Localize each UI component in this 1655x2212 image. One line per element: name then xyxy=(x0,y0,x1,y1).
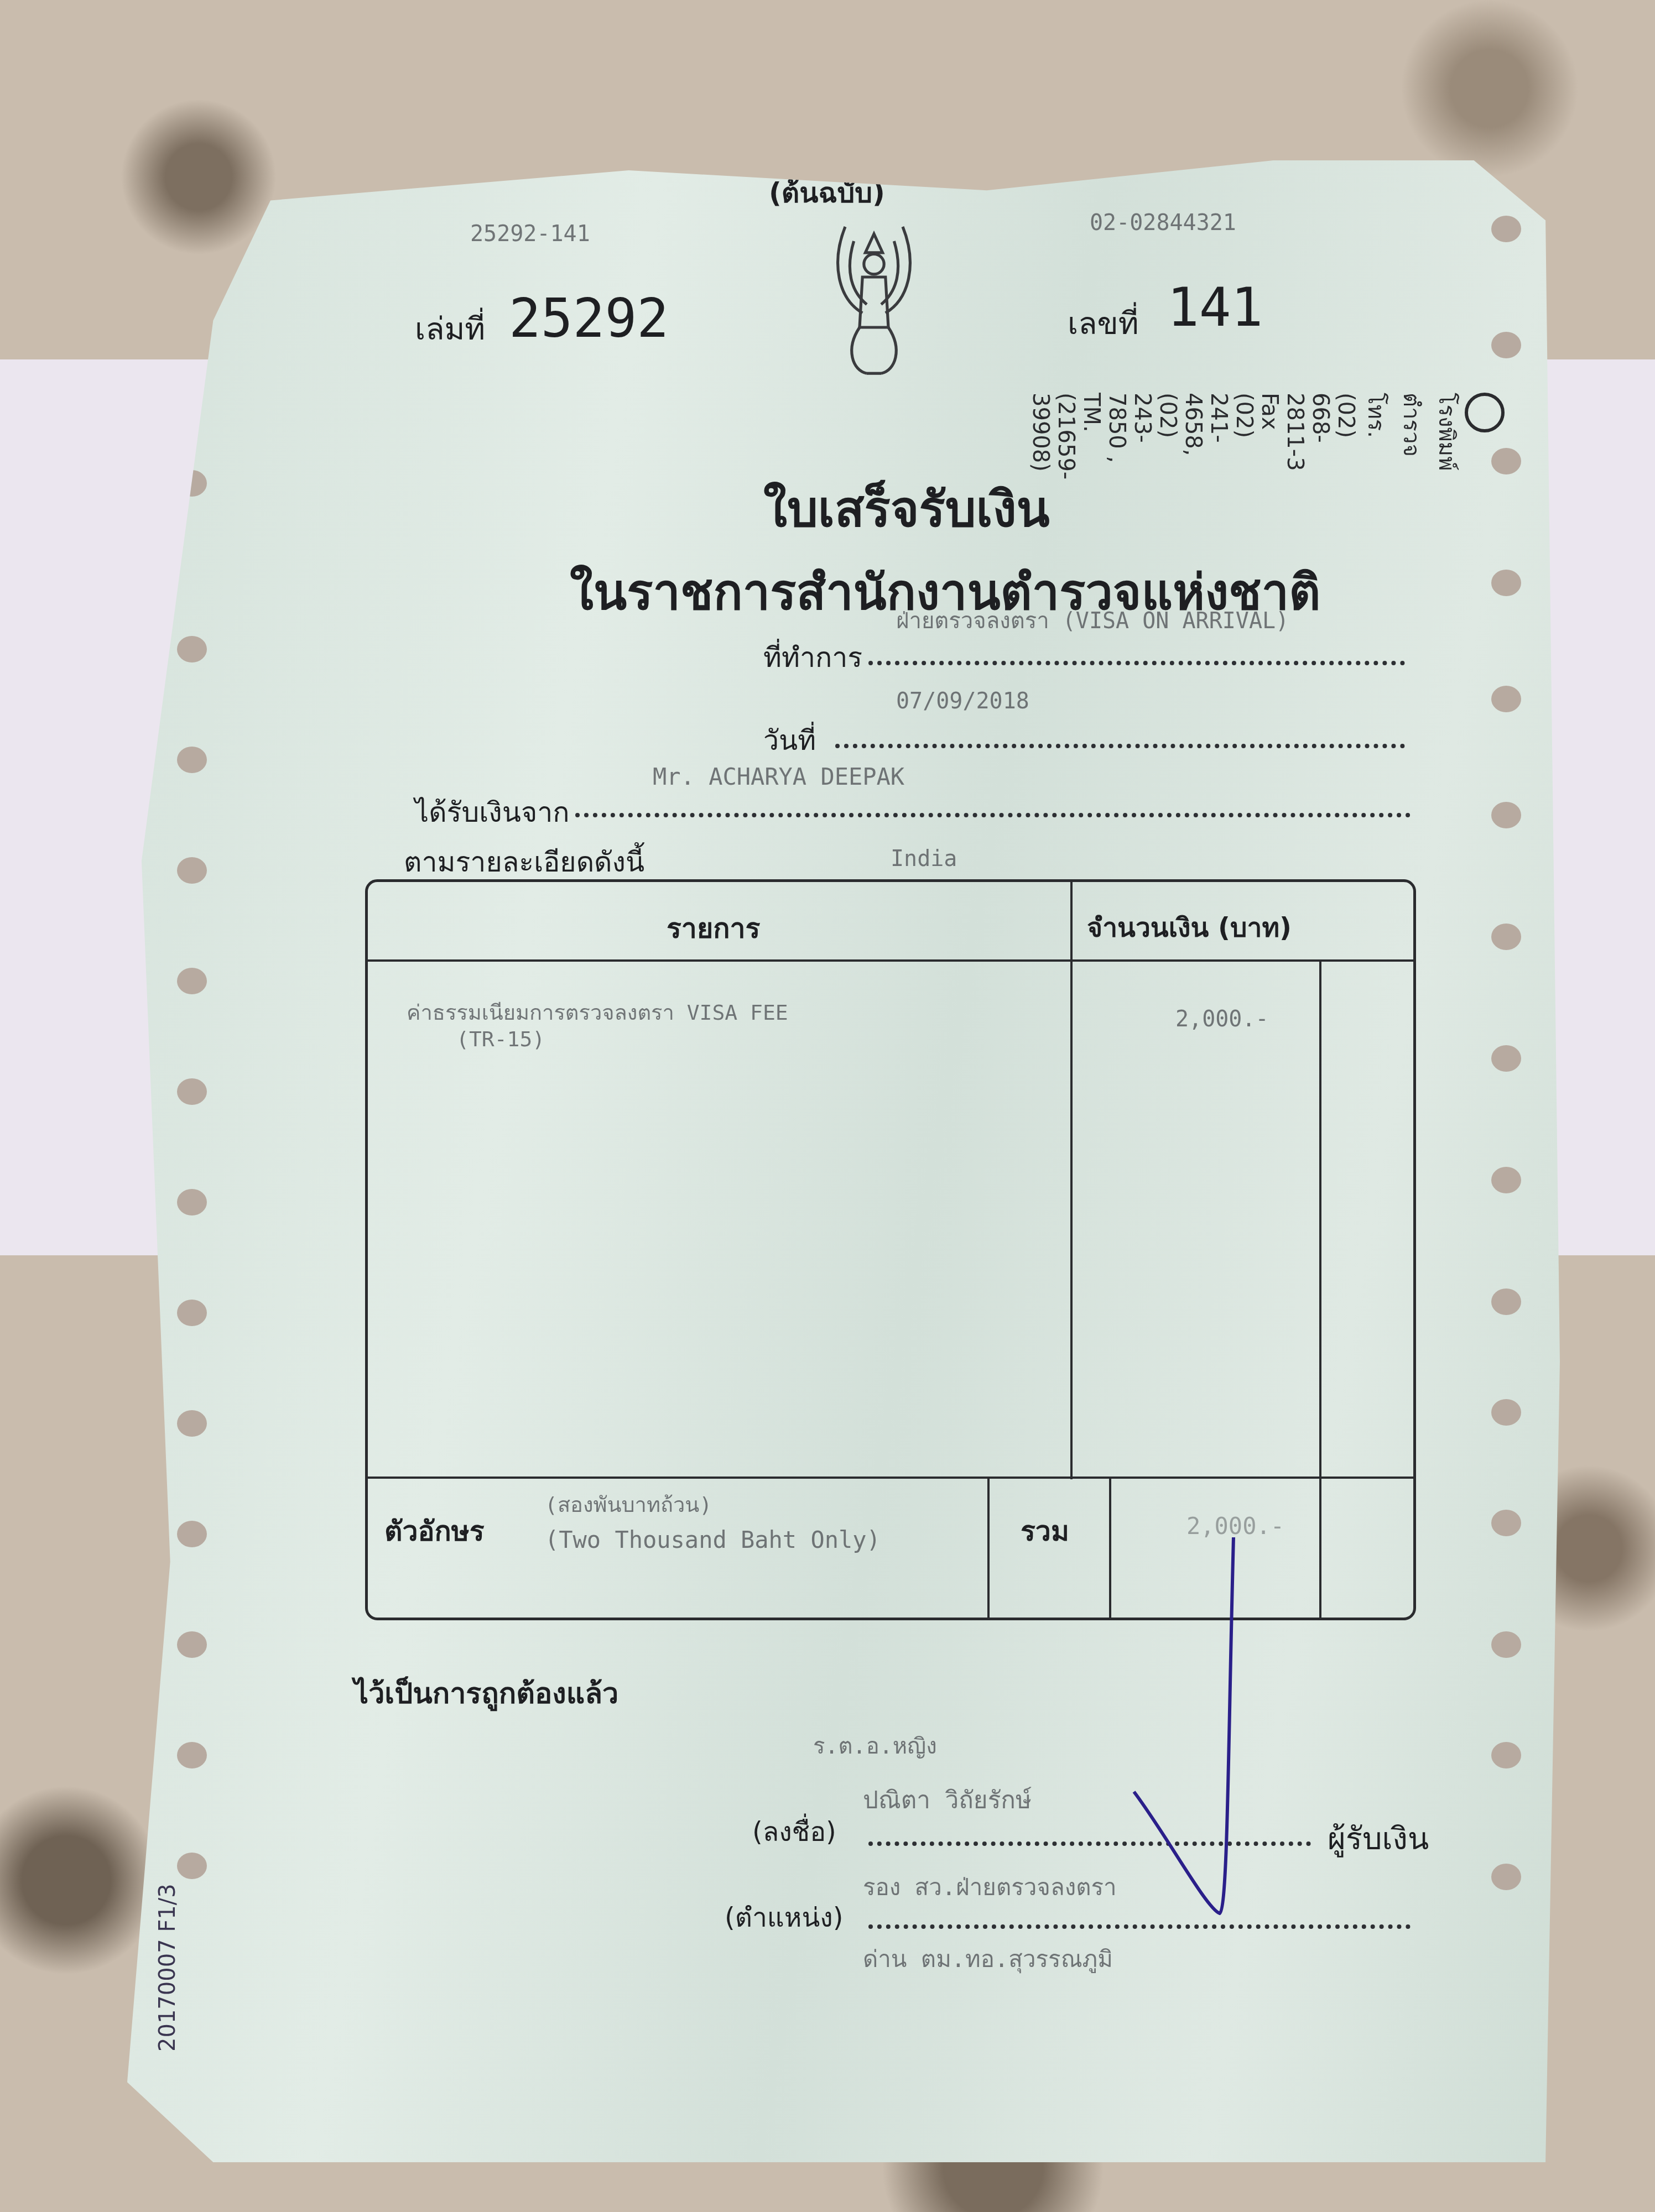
certification-text: ไว้เป็นการถูกต้องแล้ว xyxy=(354,1670,618,1716)
received-from-dotted-line xyxy=(575,813,1411,817)
perforation-hole xyxy=(177,1521,207,1547)
words-english: (Two Thousand Baht Only) xyxy=(545,1526,881,1553)
perforation-hole xyxy=(1491,1399,1521,1426)
perforation-hole xyxy=(177,1189,207,1215)
words-thai: (สองพันบาทถ้วน) xyxy=(545,1488,712,1521)
office-label: ที่ทำการ xyxy=(763,636,862,680)
column-header-amount: จำนวนเงิน (บาท) xyxy=(1087,907,1292,949)
date-value: 07/09/2018 xyxy=(896,688,1029,714)
receipt-number: 141 xyxy=(1167,276,1263,338)
perforation-hole xyxy=(177,636,207,662)
serial-code: 25292-141 xyxy=(470,221,590,247)
date-dotted-line xyxy=(835,744,1405,748)
perforation-hole xyxy=(1491,924,1521,950)
office-value: ฝ่ายตรวจลงตรา (VISA ON ARRIVAL) xyxy=(896,603,1289,638)
perforation-hole xyxy=(177,857,207,884)
printer-logo-icon xyxy=(1465,393,1505,432)
perforation-hole xyxy=(177,747,207,773)
position-label: (ตำแหน่ง) xyxy=(725,1897,843,1939)
perforation-hole xyxy=(1491,686,1521,712)
perforation-hole xyxy=(177,1078,207,1105)
copy-label: (ต้นฉบับ) xyxy=(769,171,885,215)
position-line1: รอง สว.ฝ่ายตรวจลงตรา xyxy=(863,1869,1117,1906)
column-header-item: รายการ xyxy=(667,907,760,951)
perforation-hole xyxy=(1491,1864,1521,1890)
words-label: ตัวอักษร xyxy=(384,1510,485,1553)
perforation-hole xyxy=(177,1742,207,1768)
received-from-value: Mr. ACHARYA DEEPAK xyxy=(653,763,904,790)
perforation-hole xyxy=(177,1410,207,1437)
perforation-hole xyxy=(1491,802,1521,828)
garuda-emblem-icon xyxy=(802,210,946,387)
row-amount: 2,000.- xyxy=(1175,1006,1269,1032)
perforation-hole xyxy=(1491,1045,1521,1072)
perforation-hole xyxy=(1491,216,1521,242)
position-dotted-line xyxy=(868,1924,1411,1929)
items-table: รายการ จำนวนเงิน (บาท) ค่าธรรมเนียมการตร… xyxy=(365,879,1416,1620)
date-label: วันที่ xyxy=(763,719,816,763)
number-label: เลขที่ xyxy=(1068,299,1139,348)
book-number: 25292 xyxy=(509,288,669,349)
perforation-hole xyxy=(1491,332,1521,358)
perforation-hole xyxy=(177,1631,207,1658)
perforation-hole xyxy=(177,1300,207,1326)
receipt-paper: (ต้นฉบับ) 25292-141 02-02844321 เล่มที่ … xyxy=(127,160,1560,2162)
perforation-hole xyxy=(1491,1742,1521,1768)
perforation-hole xyxy=(1491,1510,1521,1536)
sign-label: (ลงชื่อ) xyxy=(752,1811,836,1853)
form-code: 20170007 F1/3 xyxy=(155,1884,180,2052)
book-label: เล่มที่ xyxy=(415,304,485,353)
perforation-hole xyxy=(1491,570,1521,596)
perforation-hole xyxy=(177,1853,207,1879)
total-label: รวม xyxy=(1021,1510,1069,1553)
perforation-hole xyxy=(1491,1167,1521,1193)
title-line1: ใบเสร็จรับเงิน xyxy=(763,470,1050,547)
row-item-code: (TR-15) xyxy=(456,1027,545,1051)
signer-rank: ร.ต.อ.หญิง xyxy=(813,1728,937,1764)
pen-checkmark-signature xyxy=(1123,1526,1344,1924)
perforation-hole xyxy=(1491,1288,1521,1315)
details-label: ตามรายละเอียดดังนี้ xyxy=(404,841,644,884)
perforation-hole xyxy=(1491,1631,1521,1658)
office-dotted-line xyxy=(868,661,1405,665)
received-from-label: ได้รับเงินจาก xyxy=(415,791,570,834)
reference-number: 02-02844321 xyxy=(1090,210,1236,236)
row-item: ค่าธรรมเนียมการตรวจลงตรา VISA FEE xyxy=(407,995,788,1029)
position-line2: ด่าน ตม.ทอ.สุวรรณภูมิ xyxy=(863,1941,1113,1978)
signer-name: ปณิตา วิถัยรักษ์ xyxy=(863,1781,1032,1819)
perforation-hole xyxy=(177,968,207,994)
printer-info: โรงพิมพ์ตำรวจ โทร. (02) 668-2811-3 Fax (… xyxy=(1028,393,1505,479)
nationality-value: India xyxy=(891,846,957,872)
